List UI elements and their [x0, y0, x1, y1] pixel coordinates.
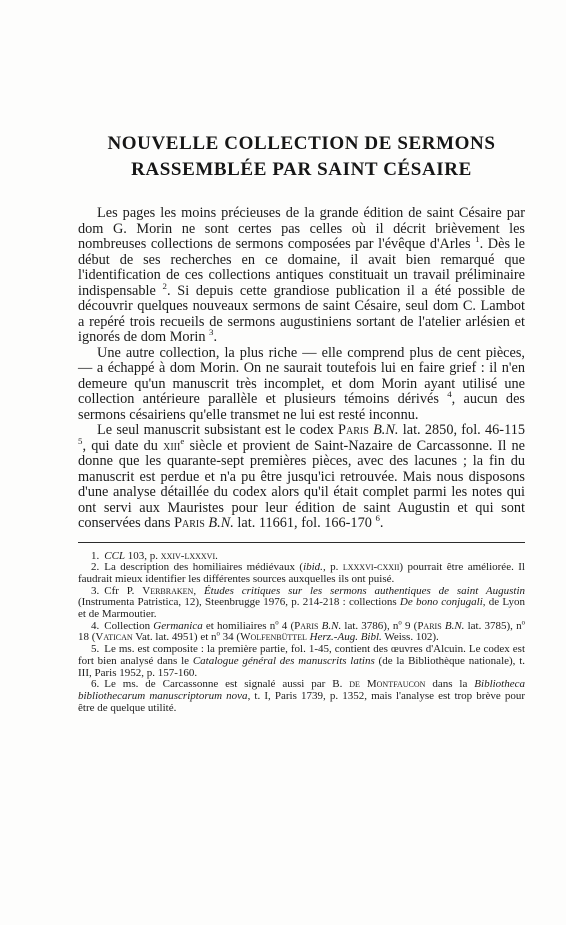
article-title-line-1: NOUVELLE COLLECTION DE SERMONS: [78, 131, 525, 157]
article-title-line-2: RASSEMBLÉE PAR SAINT CÉSAIRE: [78, 157, 525, 183]
article-title: NOUVELLE COLLECTION DE SERMONS RASSEMBLÉ…: [78, 131, 525, 183]
footnote-number: 3.: [91, 585, 104, 597]
footnotes-block: 1.CCL 103, p. xxiv-lxxxvi. 2.La descript…: [78, 551, 525, 715]
footnote-number: 1.: [91, 550, 104, 562]
footnote-number: 5.: [91, 643, 104, 655]
footnote-4: 4.Collection Germanica et homiliaires no…: [78, 621, 525, 644]
footnote-number: 2.: [91, 561, 104, 573]
footnote-text: La description des homiliaires médiévaux…: [78, 561, 525, 585]
footnote-text: Collection Germanica et homiliaires no 4…: [78, 620, 525, 644]
footnote-separator: [78, 542, 525, 543]
footnote-6: 6.Le ms. de Carcassonne est signalé auss…: [78, 679, 525, 714]
footnote-2: 2.La description des homiliaires médiéva…: [78, 562, 525, 585]
paragraph-2: Une autre collection, la plus riche — el…: [78, 346, 525, 424]
footnote-number: 4.: [91, 620, 104, 632]
footnote-3: 3.Cfr P. Verbraken, Études critiques sur…: [78, 586, 525, 621]
footnote-text: Le ms. de Carcassonne est signalé aussi …: [78, 678, 525, 713]
paragraph-3: Le seul manuscrit subsistant est le code…: [78, 423, 525, 532]
footnote-text: Cfr P. Verbraken, Études critiques sur l…: [78, 585, 525, 620]
article-body: Les pages les moins précieuses de la gra…: [78, 206, 525, 532]
footnote-text: Le ms. est composite : la première parti…: [78, 643, 525, 678]
paragraph-1: Les pages les moins précieuses de la gra…: [78, 206, 525, 346]
footnote-text: CCL 103, p. xxiv-lxxxvi.: [104, 550, 218, 562]
footnote-5: 5.Le ms. est composite : la première par…: [78, 644, 525, 679]
document-page: NOUVELLE COLLECTION DE SERMONS RASSEMBLÉ…: [0, 0, 566, 925]
footnote-number: 6.: [91, 678, 104, 690]
